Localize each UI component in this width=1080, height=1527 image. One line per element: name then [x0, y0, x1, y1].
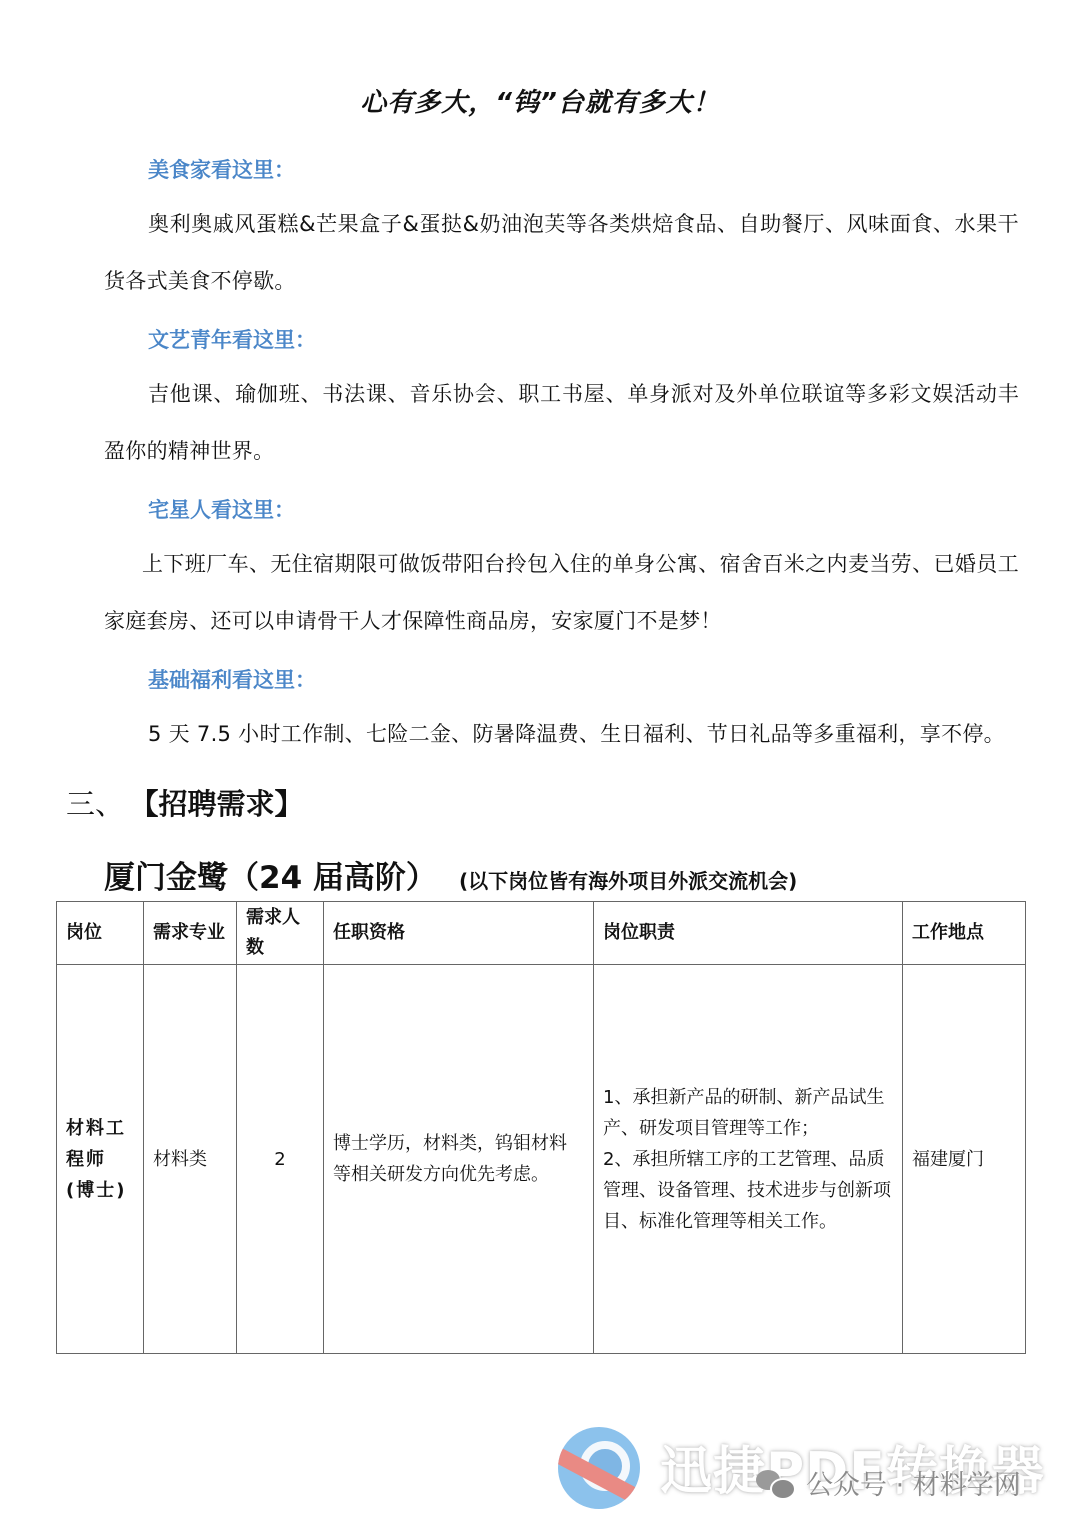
pdf-converter-logo-icon: [558, 1427, 640, 1509]
benefit-title-food: 美食家看这里：: [148, 154, 295, 184]
header-major: 需求专业: [144, 902, 237, 965]
header-count: 需求人数: [237, 902, 324, 965]
header-qualification: 任职资格: [324, 902, 594, 965]
benefit-title-basic: 基础福利看这里：: [148, 664, 316, 694]
section-title: 【招聘需求】: [144, 787, 304, 821]
section-heading: 三、【招聘需求】: [66, 782, 304, 823]
cell-location: 福建厦门: [903, 965, 1026, 1354]
benefit-text-arts: 吉他课、瑜伽班、书法课、音乐协会、职工书屋、单身派对及外单位联谊等多彩文娱活动丰…: [104, 366, 1019, 480]
cell-major: 材料类: [144, 965, 237, 1354]
watermark-account-text: 公众号 · 材料学网: [806, 1470, 1021, 1501]
benefit-title-housing: 宅星人看这里：: [148, 494, 295, 524]
slogan-heading: 心有多大，“钨”台就有多大！: [0, 82, 1080, 119]
section-number: 三、: [66, 787, 124, 821]
company-name: 厦门金鹭（24 届高阶）: [104, 860, 437, 896]
table-header-row: 岗位 需求专业 需求人数 任职资格 岗位职责 工作地点: [57, 902, 1026, 965]
table-row: 材料工程师(博士) 材料类 2 博士学历，材料类，钨钼材料等相关研发方向优先考虑…: [57, 965, 1026, 1354]
company-heading: 厦门金鹭（24 届高阶）(以下岗位皆有海外项目外派交流机会): [104, 852, 797, 897]
cell-qualification: 博士学历，材料类，钨钼材料等相关研发方向优先考虑。: [324, 965, 594, 1354]
cell-position: 材料工程师(博士): [57, 965, 144, 1354]
benefit-text-housing: 上下班厂车、无住宿期限可做饭带阳台拎包入住的单身公寓、宿舍百米之内麦当劳、已婚员…: [104, 536, 1019, 650]
benefit-text-basic: 5 天 7.5 小时工作制、七险二金、防暑降温费、生日福利、节日礼品等多重福利，…: [104, 706, 1019, 763]
header-location: 工作地点: [903, 902, 1026, 965]
cell-duties: 1、承担新产品的研制、新产品试生产、研发项目管理等工作； 2、承担所辖工序的工艺…: [594, 965, 903, 1354]
company-note: (以下岗位皆有海外项目外派交流机会): [459, 869, 797, 893]
header-duties: 岗位职责: [594, 902, 903, 965]
benefit-text-food: 奥利奥戚风蛋糕&芒果盒子&蛋挞&奶油泡芙等各类烘焙食品、自助餐厅、风味面食、水果…: [104, 196, 1019, 310]
header-position: 岗位: [57, 902, 144, 965]
cell-count: 2: [237, 965, 324, 1354]
watermark-account: 公众号 · 材料学网: [756, 1463, 1021, 1502]
wechat-icon: [756, 1470, 796, 1498]
benefit-title-arts: 文艺青年看这里：: [148, 324, 316, 354]
recruitment-table: 岗位 需求专业 需求人数 任职资格 岗位职责 工作地点 材料工程师(博士) 材料…: [56, 901, 1026, 1354]
watermark: 迅捷PDF转换器 公众号 · 材料学网: [556, 1415, 1056, 1515]
